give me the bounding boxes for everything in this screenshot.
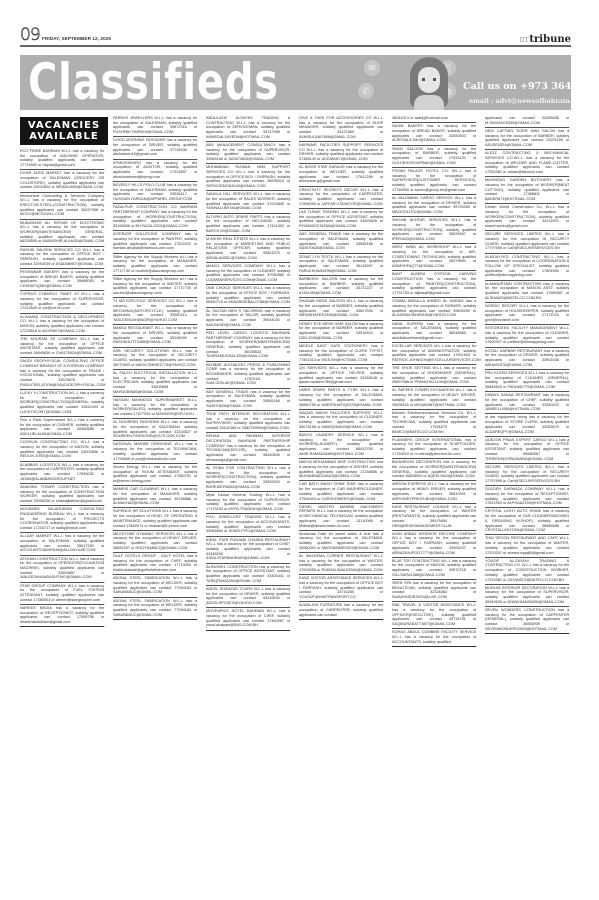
classified-ad: AL WALEEMA CORNER RESTAURANT W.L.L has a…	[299, 553, 383, 575]
classified-ad: PLANNERS GROUP INTERNATIONAL has a vacan…	[392, 437, 476, 459]
classified-ad: ABDULAZIZ ALSAYED TRADING & CONTRACTING …	[206, 115, 290, 142]
page-number: 09	[20, 26, 40, 44]
classified-ad: PRO KLEEN SERVICES W.L.L has a vacancy f…	[485, 370, 569, 392]
classified-ad: NANA SUPERM has a vacancy for the occupa…	[392, 321, 476, 343]
classified-ad: ALLDAY MARKET W.L.L has a vacancy for th…	[20, 533, 104, 555]
classified-ad: ONE CHOICE SERVICES W.L.L has a vacancy …	[206, 285, 290, 307]
classified-ad: AL RAFEED TOWER EXCAVATION W.L.L has a v…	[392, 387, 476, 409]
classified-ad: STAR GROUP COMPANY W.L.L has a vacancy f…	[20, 583, 104, 605]
classified-ad: BARBEIRO SALOON has a vacancy for the oc…	[299, 276, 383, 298]
classified-ad: Dream World Construction Co. W.L.L has a…	[485, 204, 569, 231]
classified-ad: BANYO LAUNDRY SERVICE W.L.L has a vacanc…	[299, 432, 383, 459]
classified-ad: NADYA MOHAMMAD ARIF CONTRACTING has a va…	[299, 459, 383, 481]
classified-ad: MOHAMED SALAHUDDIN CONSULTING ENGINEERIN…	[20, 506, 104, 533]
classified-ad: GOOD MORNING FASHIONS has a vacancy for …	[113, 137, 197, 159]
classified-ad: IDEAL STAR PUNJABI CHASKA RESTAURANT W.L…	[206, 537, 290, 564]
classified-ad: AL ROBA FOR CONTRACTING W.L.L has a vaca…	[206, 465, 290, 492]
classified-ad: TJ MOTORCYCLE SERVICES CO W.L.L has a va…	[113, 298, 197, 325]
operator-illustration	[408, 55, 450, 110]
classified-ad: KAYA RESTAURANT LOUNGE W.L.L has a vacan…	[392, 504, 476, 531]
classified-ad: RASHID SALEEM SERVICES CO W.L.L has a va…	[20, 247, 104, 269]
classified-ad: AMAZING TOWER CONSTRUCTION has a vacancy…	[20, 484, 104, 506]
classifieds-columns: VACANCIES AVAILABLE ECO FIBRE BAHRAIN W.…	[20, 115, 571, 890]
classified-ad: SANGLA HILL SERVICES W.L.L has a vacancy…	[206, 191, 290, 213]
classified-ad: SECURE SERVICES LIMITED W.L.L has a vaca…	[485, 231, 569, 253]
logo-prefix: DT	[520, 37, 529, 44]
classified-ad: ALTURKI AUTO SPARE PARTS has a vacancy f…	[206, 214, 290, 236]
classified-ad: BEVERLY HILLS POLO CLUB has a vacancy fo…	[113, 182, 197, 204]
classified-ad: NAJIM BAKERY has a vacancy for the occup…	[392, 123, 476, 145]
classified-ad: PAREKH JEWELLERS W.L.L has a vacancy for…	[113, 115, 197, 137]
classified-ad: KPMG/FAKHRO has a vacancy for the occupa…	[113, 160, 197, 182]
classified-ad: DIESEL MASTER MARINE MACHINERY REPAIRS W…	[299, 504, 383, 531]
classified-ad: ALRASHEL CONSTRUCTION has a vacancy for …	[206, 564, 290, 586]
classified-ad: KOTALI DARBAR RESTAURANT has a vacancy f…	[485, 348, 569, 370]
classified-ad: FRSAN PALACE HOTEL CO. W.L.L has a vacan…	[392, 168, 476, 195]
classified-ad: REHAN AND REHMAN INTERIOR DECORATION BAH…	[206, 433, 290, 465]
header-rule	[20, 45, 571, 47]
classified-ad: MILESTONE DYNAMIC SERVICES W.L.L has a v…	[113, 531, 197, 553]
classified-ad: BANT ALBERA GYPSON CARVING CONSTRUCTION …	[392, 271, 476, 298]
classified-ad: ADONA STEEL FABRICATION W.L.L has a vaca…	[113, 598, 197, 620]
classified-ad: MANOJ SERVICES COMPANY W.L.L has a vacan…	[206, 263, 290, 285]
newspaper-logo: DTtribune	[520, 34, 571, 45]
classified-ad: ZENAT LYN TEXTIL W.L.L has a vacancy for…	[299, 254, 383, 276]
classified-ad: NATIONAL MARINE DREDGING W.L.L has a vac…	[113, 441, 197, 463]
classified-ad: WEST WIND AC WORKSHOP W.L.L has a vacanc…	[392, 244, 476, 271]
classified-ad: Stiller Agency for the Supply Workers w.…	[113, 254, 197, 276]
classified-ad: MAKKA RESTAURANT W.L.L has a vacancy for…	[113, 325, 197, 347]
classified-ad: AL FALEH ELECTRICAL INSTALLATION W.L.L h…	[113, 370, 197, 397]
classified-ad: MIDDLE EAST GATE STATIONERY has a vacanc…	[299, 343, 383, 365]
classified-ad: PIYU JEWELLERY TRADING W.L.L has a vacan…	[206, 514, 290, 536]
classified-ad: THAI SPOON RESTAURANT AND CAFE W.L.L has…	[485, 535, 569, 557]
classified-ad: QN SERVICES W.L.L has a vacancy for the …	[299, 365, 383, 387]
classified-ad: HONEY EYE MENS HAIR SALON has a vacancy …	[299, 321, 383, 343]
classified-ad: GULF HOTELS GROUP - GULF HOTEL has a vac…	[113, 553, 197, 575]
classified-ad: Alnasmas Gate for sweet water & fruit ha…	[299, 531, 383, 553]
classified-ad: ABX MANAGEMENT CONSULTANCY has a vacancy…	[206, 142, 290, 164]
classified-ad: DIWAHI SANAA RESTAURANT has a vacancy fo…	[485, 392, 569, 414]
classified-ad: SHAN SALOON has a vacancy for the occupa…	[392, 146, 476, 168]
logo-text: tribune	[529, 34, 571, 45]
vacancies-heading: VACANCIES AVAILABLE	[20, 117, 108, 145]
classified-ad: BLUE TOP CONTRACTING W.L.L has a vacancy…	[392, 558, 476, 580]
classified-ad: ASB SECURITY SOLUTIONS W.L.L has a vacan…	[113, 348, 197, 370]
classified-ad: ECO FIBRE BAHRAIN W.L.L has a vacancy fo…	[20, 148, 104, 170]
column-6: applicants can contact 33285638 or M.SHO…	[485, 115, 571, 634]
classified-ad: AL MUZAMMIL CARGO SERVICE W.L.L has a va…	[392, 195, 476, 217]
classified-ad: applicants can contact 33285638 or M.SHO…	[485, 115, 569, 128]
classified-ad: ADEEL SHAHZAD TOURS W.L.L has a vacancy …	[206, 586, 290, 608]
classified-ad: Pick n Pack Supermarket W.L.L has a vaca…	[20, 417, 104, 439]
classifieds-banner: Classifieds ✉ ✆ ▯ ◍ Call us on +973 3645…	[20, 55, 571, 110]
classified-ad: AL NOUREEN FASHIONS W.L.L has a vacancy …	[113, 419, 197, 441]
classified-ad: HASSAN MAHMOOD SUPERMARKET W.L.L has a v…	[113, 397, 197, 419]
classified-ad: ABX GENERAL TRADE has a vacancy for the …	[299, 231, 383, 253]
classified-ad: LAS TUNAS TRADING W.L.L has a vacancy fo…	[299, 209, 383, 231]
classified-ad: SUPENCE HR SOLUTIONS W.L.L has a vacancy…	[113, 508, 197, 530]
classified-ad: M ASHIR REAL ESTATE W.L.L has a vacancy …	[206, 236, 290, 263]
classified-ad: ALHAMAD CONSTRUCTION & DEVLOPMENT CO. W.…	[20, 314, 104, 336]
banner-title: Classifieds	[28, 55, 279, 110]
classified-ad: MAHMOUD GARDEN BUTCHERY has a vacancy fo…	[485, 177, 569, 204]
column-2: PAREKH JEWELLERS W.L.L has a vacancy for…	[113, 115, 199, 620]
classified-ad: CREATIVITY SECRETS DECOR W.L.L has a vac…	[299, 187, 383, 209]
classified-ad: AYAN ARBAZ INTERIOR DECORE COMPANY W.L.L…	[392, 531, 476, 558]
classified-ad: al dar equipment hiring has a vacancy fo…	[485, 414, 569, 436]
classified-ad: INTERIOR SOLUTIONS COMPANY has a vacancy…	[113, 231, 197, 253]
classified-ad: SHOAIB AKHTAR SERVICES W.L.L has a vacan…	[392, 217, 476, 244]
classified-ad: RED LEVEL CARGO LOGISTIC BAHRAINI PARTNE…	[206, 330, 290, 362]
classified-ad: COOHLIN CONTRACTING CO. W.L.L has a vaca…	[20, 439, 104, 461]
classified-ad: GOLDEN DARWAZA COMPANY W.L.L has a vacan…	[485, 486, 569, 508]
classified-ad: MUHAMMAD RIZWAN 0695 SUPPORT SERVICES CO…	[206, 164, 290, 191]
classified-ad: ALWALAYA FURNITURE has a vacancy for the…	[299, 602, 383, 620]
classified-ad: SECURE SERVICES LIMITED W.L.L has a vaca…	[485, 464, 569, 486]
classified-ad: Myfa Global General Trading W.L.L has a …	[206, 492, 290, 514]
classified-ad: ARROW EXPRESS W.L.L has a vacancy for th…	[392, 481, 476, 503]
classified-ad: GIVE & TAKE FOR ACCESSORIES CO W.L.L has…	[299, 115, 383, 142]
classified-ad: Stiller Agency for the Supply Workers w.…	[113, 276, 197, 298]
classified-ad: NORDIC RESORT W.L.L has a vacancy for th…	[485, 303, 569, 325]
classified-ad: Bahrain Electromechanical Services Co. W…	[392, 410, 476, 437]
classified-ad: ABX GENERAL TRADE has a vacancy for the …	[206, 389, 290, 411]
masthead: 09 FRIDAY, SEPTEMBER 12, 2025	[20, 26, 270, 46]
classified-ad: 38044374 or alaeij@hotmail.com	[392, 115, 476, 123]
classified-ad: SEVEN WONDERS CONSTRUCTION has a vacancy…	[485, 607, 569, 634]
classified-ad: ADONA STEEL FABRICATION W.L.L has a vaca…	[113, 575, 197, 597]
classified-ad: CYPRUS CYBARCO TABET JV W.L.L has a vaca…	[20, 291, 104, 313]
classified-ad: SOHAG ABDUL COMBINE FACILITY SERVICE W.L…	[392, 629, 476, 647]
column-5: 38044374 or alaeij@hotmail.comNAJIM BAKE…	[392, 115, 478, 647]
classified-ad: UMER SPARE PARTS & TYRE W.L.L has a vaca…	[299, 387, 383, 409]
classified-ad: ALEZZ CONTRACTING & MECHANICAL SERVICES …	[485, 150, 569, 177]
classified-ad: FAZALPUR CONSTRUCTION CO BAHRAIN PARTNER…	[113, 204, 197, 231]
issue-date: FRIDAY, SEPTEMBER 12, 2025	[42, 36, 111, 41]
classified-ad: YOUSIF AL-ZAYANI TRADING & CONTRACTING C…	[485, 558, 569, 585]
classified-ad: MAMRIS CAR CLEANING W.L.L has a vacancy …	[113, 486, 197, 508]
column-1: VACANCIES AVAILABLE ECO FIBRE BAHRAIN W.…	[20, 115, 106, 627]
classified-ad: NARWAIR FACILITIES SUPPORT SERVICES CO W…	[299, 142, 383, 164]
classified-ad: MUBASHAR ALI REPAIR OF ELECTRONIC W.L.L …	[20, 220, 104, 247]
classified-ad: THE KHURAM SS COMPANY W.L.L has a vacanc…	[20, 336, 104, 358]
classified-ad: MOVENPICK HOTEL BAHRAIN W.L.L has a vaca…	[206, 608, 290, 630]
classified-ad: SHADAB MENS SALOON W.L.L has a vacancy f…	[299, 298, 383, 320]
classified-ad: SEEN SPA has a vacancy for the occupatio…	[392, 580, 476, 602]
classified-ad: AL SULTAN MEN S TAILORING has a vacancy …	[206, 308, 290, 330]
classified-ad: AKHBAR ALKHALEEJ PRESS & PUBLISHING COMP…	[206, 362, 290, 389]
classified-ad: BUHARDON DECORATION has a vacancy for th…	[392, 459, 476, 481]
classified-ad: RAK TRAVEL & VISITOR ASSISTANCE W.L.L ha…	[392, 602, 476, 629]
classified-ad: MUFASA INTERIOR DECORATION W.L.L has a v…	[485, 585, 569, 607]
classified-ad: INTEGRATED FACILITY MANAGEMENT W.L.L has…	[485, 325, 569, 347]
classified-ad: ALMANARTAIN CONTRACTING has a vacancy fo…	[485, 281, 569, 303]
classified-ad: WAQAS MASIH FACILITIES SUPPORT W.L.L has…	[299, 410, 383, 432]
contact-email[interactable]: email : advt@newsofbahrain.com	[469, 97, 571, 105]
column-3: ABDULAZIZ ALSAYED TRADING & CONTRACTING …	[206, 115, 292, 631]
classified-ad: OSAMA ABDULLA AHMED AL HARAM has a vacan…	[392, 298, 476, 320]
mail-icon: ✉	[364, 60, 380, 76]
classified-ad: TRUE PATH INTERIOR DECORATION W.L.L has …	[206, 411, 290, 433]
classified-ad: Seven Energy W.L.L has a vacancy for the…	[113, 464, 197, 486]
classified-ad: AL NOOR STAR GARAGE has a vacancy for th…	[299, 164, 383, 186]
classified-ad: PESHAWAR BAKERY has a vacancy for the oc…	[20, 269, 104, 291]
classified-ad: AFGHAN CONSTRUCTION W.L.L has a vacancy …	[20, 556, 104, 583]
classified-ad: KANZ VISITOR ASSISTANCE SERVICES W.L.L h…	[299, 575, 383, 602]
classified-ad: SAUDI GEOPHYSICAL CONSULTING OFFICE COMP…	[20, 358, 104, 390]
classified-ad: CRYSTAL LIGHT AUTO SHINE has a vacancy f…	[485, 508, 569, 535]
classified-ad: QUEZON PINAS EXPERT CARGO W.L.L has a va…	[485, 437, 569, 464]
classified-ad: NAREES MEDIA has a vacancy for the occup…	[20, 605, 104, 627]
classified-ad: ALMOAYYED CONTRACTING W.L.L has a vacanc…	[485, 254, 569, 281]
classified-ad: ALABBASI LOGISTICS W.L.L has a vacancy f…	[20, 462, 104, 484]
classified-ad: DIYAR ALRIZ MARKET has a vacancy for the…	[20, 170, 104, 192]
classified-ad: Mechanical Contracting & Services Compan…	[20, 193, 104, 220]
classified-ad: THE SHOE SETTING W.L.L has a vacancy for…	[392, 365, 476, 387]
phone-icon: ✆	[358, 83, 374, 99]
contact-phone: Call us on +973 36458394	[463, 81, 571, 92]
classified-ad: CAR BATH WASH SHINE RIDE has a vacancy f…	[299, 481, 383, 503]
classified-ad: EXCELLAR SERVICES W.L.L has a vacancy fo…	[392, 343, 476, 365]
classified-ad: NEW CAPTAIN TIGER MAN SALON has a vacanc…	[485, 128, 569, 150]
classified-ad: LUCKY 9 CONSTRUCTION W.L.L has a vacancy…	[20, 390, 104, 417]
column-4: GIVE & TAKE FOR ACCESSORIES CO W.L.L has…	[299, 115, 385, 620]
